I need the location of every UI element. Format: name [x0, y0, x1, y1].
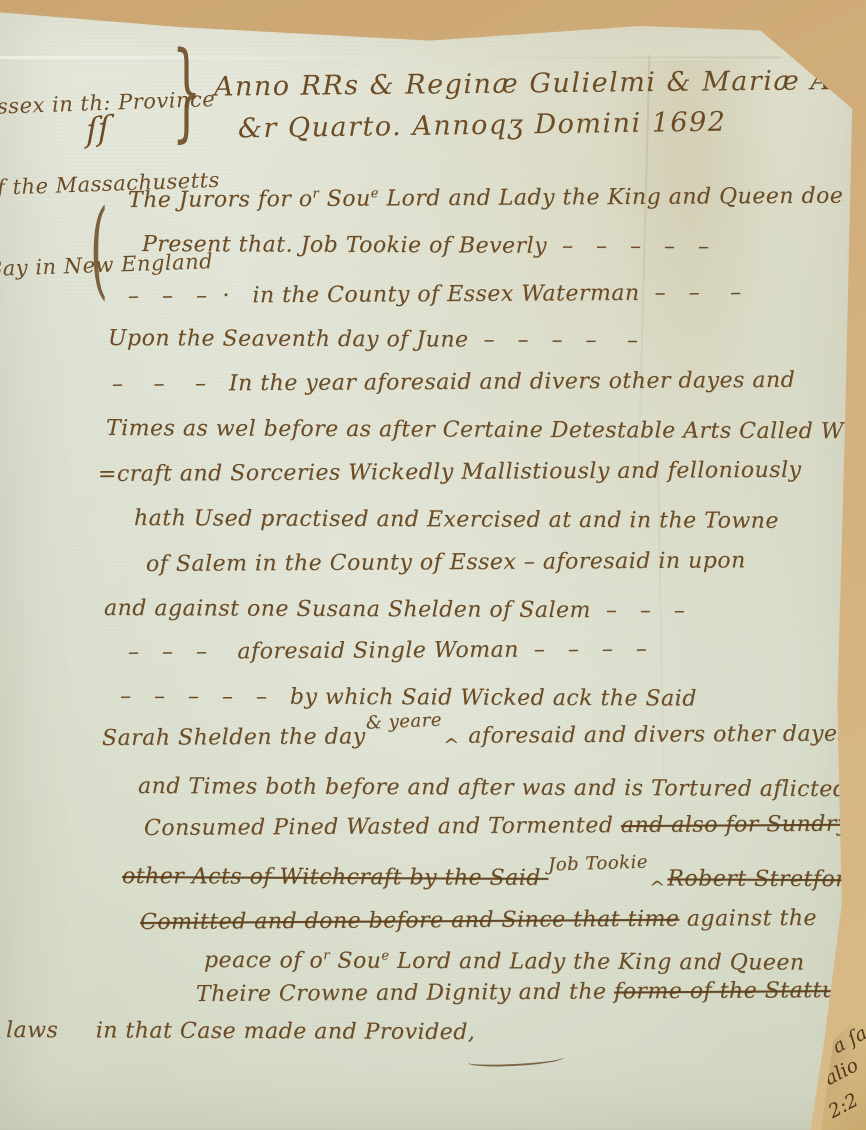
manuscript-line: – – – – – by which Said Wicked ack the S… — [120, 681, 866, 715]
manuscript-paper: Essex in th: Province of the Massachuset… — [0, 0, 866, 1130]
body-lines: The Jurors for or Soue Lord and Lady the… — [0, 185, 866, 1046]
manuscript-line: – – – In the year aforesaid and divers o… — [112, 364, 866, 400]
fragment-line: 2:2 — [825, 1089, 862, 1123]
interlinear-insertion: Job Tookie — [548, 847, 649, 881]
manuscript-line: Theire Crowne and Dignity and the forme … — [196, 975, 866, 1010]
manuscript-text: of Salem in the County of Essex – afores… — [146, 548, 746, 577]
manuscript-text: Consumed Pined Wasted and Tormented — [144, 813, 621, 841]
manuscript-text: and against one Susana Shelden of Salem … — [104, 596, 685, 624]
manuscript-line: of Salem in the County of Essex – afores… — [146, 545, 866, 580]
struck-text: and Since that time — [451, 907, 679, 933]
document-scan: Essex in th: Province of the Massachuset… — [0, 0, 866, 1130]
manuscript-line: laws in that Case made and Provided, — [6, 1015, 866, 1050]
manuscript-text: – – – aforesaid Single Woman – – – – — [128, 637, 647, 665]
manuscript-line: peace of or Soue Lord and Lady the King … — [204, 945, 866, 979]
caret-mark: ^ — [649, 871, 666, 905]
manuscript-text: Lord and Lady the King and Queen doe — [379, 184, 844, 212]
manuscript-line: Consumed Pined Wasted and Tormented and … — [144, 809, 866, 844]
manuscript-line: – – – · in the County of Essex Waterman … — [128, 276, 866, 312]
manuscript-text: The Jurors for o — [128, 187, 313, 213]
caret-mark: ^ — [443, 728, 460, 762]
manuscript-text: Lord and Lady the King and Queen — [390, 949, 805, 976]
manuscript-text: Sou — [330, 949, 382, 974]
struck-text: forme of the Stattute — [614, 978, 860, 1004]
manuscript-text: Sarah Shelden the day — [102, 724, 366, 751]
manuscript-text: in that Case made and Provided, — [96, 1018, 476, 1045]
manuscript-text: laws — [6, 1018, 58, 1043]
manuscript-text: – – – · in the County of Essex Waterman … — [128, 280, 742, 309]
manuscript-text: Upon the Seaventh day of June – – – – – — [108, 326, 639, 353]
manuscript-line: The Jurors for or Soue Lord and Lady the… — [128, 180, 866, 216]
manuscript-line: Sarah Shelden the day& yeare^ aforesaid … — [102, 718, 866, 756]
manuscript-text: against the — [679, 906, 817, 932]
manuscript-line: and against one Susana Shelden of Salem … — [104, 593, 866, 627]
manuscript-text: e — [381, 948, 389, 963]
fragment-line: alio — [821, 1054, 862, 1090]
manuscript-line: and Times both before and after was and … — [138, 771, 866, 805]
heading-regnal-year: Anno RRs & Reginæ Gulielmi & Mariæ Angli… — [214, 64, 866, 102]
manuscript-text: Theire Crowne and Dignity and the — [196, 979, 614, 1007]
manuscript-text: – – – In the year aforesaid and divers o… — [112, 368, 795, 397]
struck-text: and also for Sundry — [621, 812, 850, 838]
struck-text: Comitted and done before — [140, 908, 451, 935]
manuscript-text: e — [371, 186, 379, 201]
flourish-underline — [468, 1052, 564, 1067]
scilicet-mark: ſſ — [86, 108, 109, 150]
manuscript-text — [58, 1018, 96, 1043]
heading-anno-domini: &r Quarto. Annoqʒ Domini 1692 — [238, 107, 727, 145]
manuscript-text: aforesaid and divers other dayes — [461, 721, 850, 748]
struck-text: Robert Stretford — [667, 866, 861, 892]
manuscript-text: Present that. Job Tookie of Beverly – – … — [142, 232, 710, 259]
manuscript-line: Comitted and done before and Since that … — [140, 903, 866, 938]
manuscript-line: Times as wel before as after Certaine De… — [106, 413, 866, 447]
manuscript-line: Present that. Job Tookie of Beverly – – … — [142, 229, 866, 263]
manuscript-text: hath Used practised and Exercised at and… — [134, 506, 779, 534]
manuscript-line: hath Used practised and Exercised at and… — [134, 503, 866, 537]
interlinear-insertion: & yeare — [365, 705, 442, 739]
manuscript-text: Times as wel before as after Certaine De… — [106, 416, 866, 444]
manuscript-text: peace of o — [204, 948, 323, 974]
manuscript-line: Upon the Seaventh day of June – – – – – — [108, 323, 866, 357]
manuscript-text: =craft and Sorceries Wickedly Mallistiou… — [98, 458, 802, 487]
manuscript-text: Sou — [319, 187, 371, 212]
manuscript-line: – – – aforesaid Single Woman – – – – — [128, 632, 866, 668]
manuscript-text: – — [861, 867, 866, 892]
manuscript-line: =craft and Sorceries Wickedly Mallistiou… — [98, 454, 866, 490]
fragment-line: a ſa — [829, 1022, 866, 1058]
struck-text: other Acts of Witchcraft by the Said — [122, 864, 548, 891]
marginalia-brace: } — [172, 28, 201, 153]
manuscript-text: and Times both before and after was and … — [138, 774, 848, 802]
manuscript-line: other Acts of Witchcraft by the Said Job… — [122, 861, 866, 897]
